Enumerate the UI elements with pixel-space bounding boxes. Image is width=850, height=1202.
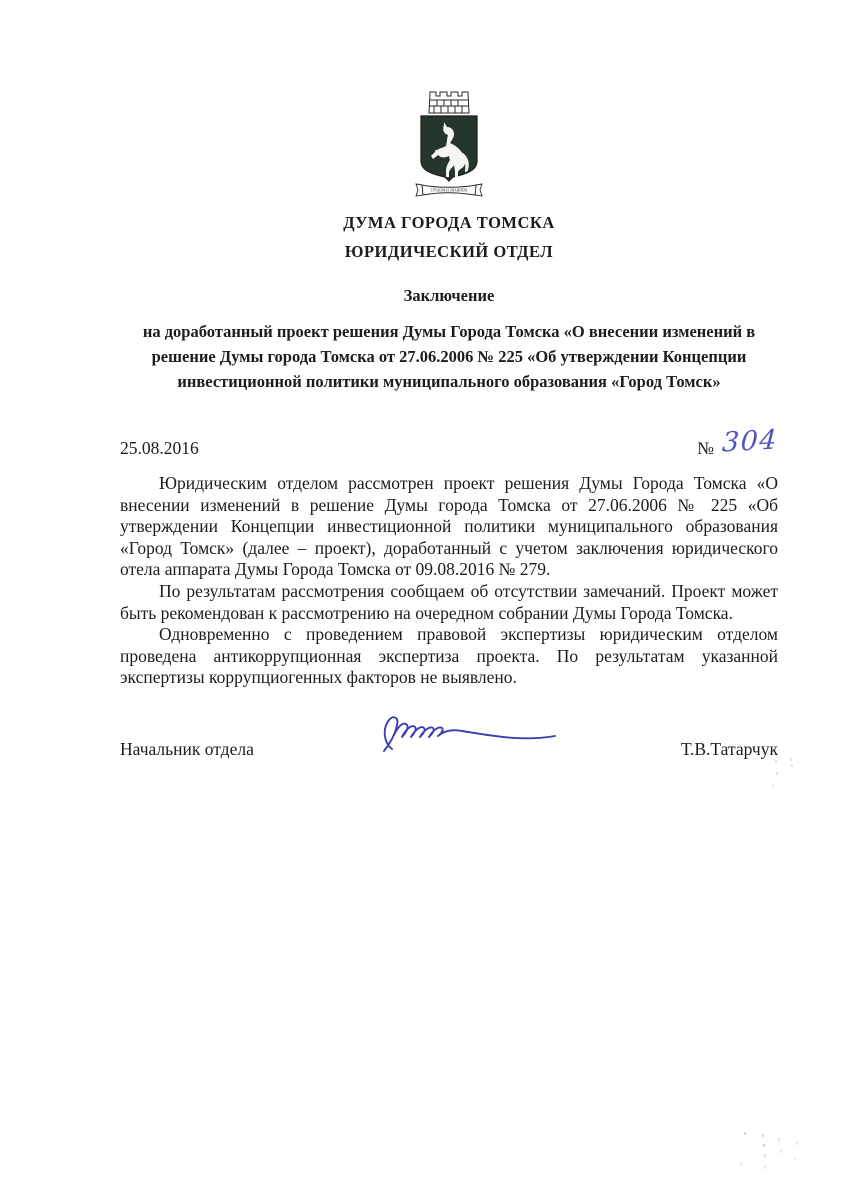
ribbon-icon: ТРУДОМ И ЗНАНИЕМ: [416, 184, 482, 196]
document-subject: на доработанный проект решения Думы Горо…: [120, 319, 778, 394]
document-number: №304: [697, 430, 778, 461]
coat-of-arms-icon: ТРУДОМ И ЗНАНИЕМ: [415, 90, 483, 198]
document-page: ТРУДОМ И ЗНАНИЕМ ДУМА ГОРОДА ТОМСКА ЮРИД…: [120, 0, 778, 760]
body-paragraph-3: Одновременно с проведением правовой эксп…: [120, 624, 778, 689]
org-name: ДУМА ГОРОДА ТОМСКА: [120, 213, 778, 233]
scan-artifact: [774, 748, 776, 751]
document-title: Заключение: [120, 286, 778, 306]
document-body: Юридическим отделом рассмотрен проект ре…: [120, 473, 778, 689]
handwritten-number: 304: [721, 424, 779, 458]
signature-row: Начальник отдела Т.В.Татарчук: [120, 721, 778, 760]
signer-name: Т.В.Татарчук: [681, 739, 778, 760]
number-label: №: [697, 438, 714, 458]
signer-position: Начальник отдела: [120, 739, 254, 760]
scan-artifact: [744, 1132, 746, 1135]
handwritten-signature: [372, 705, 562, 755]
ribbon-motto: ТРУДОМ И ЗНАНИЕМ: [431, 189, 468, 193]
org-department: ЮРИДИЧЕСКИЙ ОТДЕЛ: [120, 242, 778, 262]
body-paragraph-2: По результатам рассмотрения сообщаем об …: [120, 581, 778, 624]
tomsk-coat-of-arms: ТРУДОМ И ЗНАНИЕМ: [415, 90, 483, 203]
mural-crown-icon: [429, 92, 469, 113]
document-date: 25.08.2016: [120, 438, 199, 459]
body-paragraph-1: Юридическим отделом рассмотрен проект ре…: [120, 473, 778, 581]
reference-row: 25.08.2016 №304: [120, 430, 778, 461]
